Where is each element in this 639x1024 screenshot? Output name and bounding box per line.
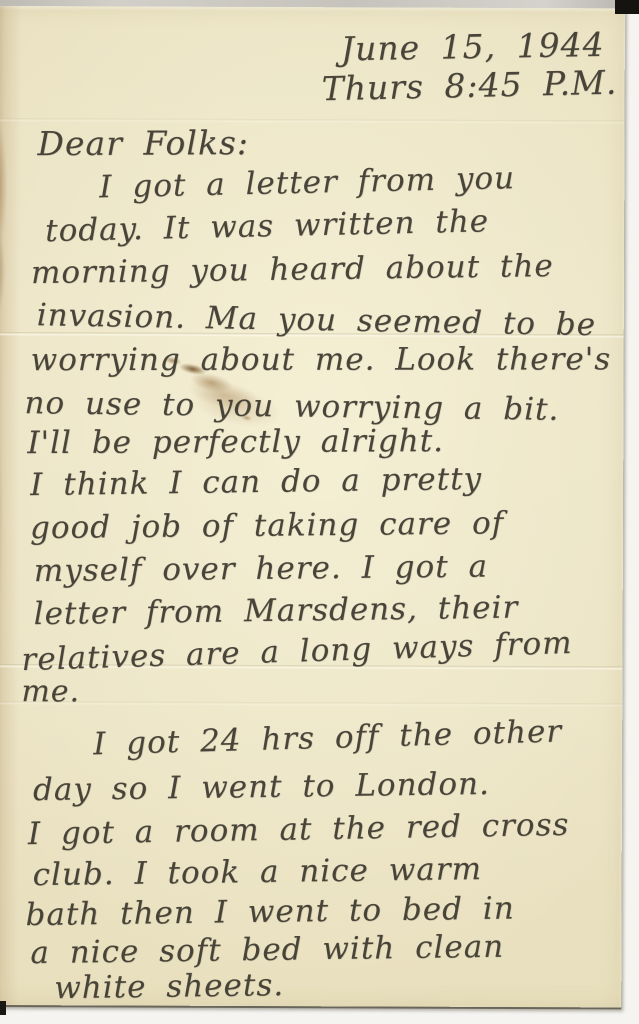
letter-line: club. I took a nice warm [32, 851, 482, 893]
scan-corner-artifact-top-right [615, 0, 639, 14]
fold-crease [0, 701, 622, 707]
letter-line: invasion. Ma you seemed to be [36, 297, 596, 343]
scan-corner-artifact-bottom-left [0, 1001, 6, 1015]
paper-edge-browning [0, 6, 22, 1005]
letter-line: me. [21, 674, 80, 709]
letter-paper: June 15, 1944Thurs 8:45 P.M.Dear Folks:I… [0, 6, 625, 1007]
letter-line: I got 24 hrs off the other [93, 713, 563, 762]
letter-line: I think I can do a pretty [30, 461, 482, 503]
scanned-letter-page: June 15, 1944Thurs 8:45 P.M.Dear Folks:I… [0, 0, 639, 1024]
letter-line: I got a room at the red cross [28, 807, 570, 852]
letter-line: morning you heard about the [31, 248, 554, 291]
letter-line: a nice soft bed with clean [30, 929, 504, 971]
salutation: Dear Folks: [37, 123, 249, 163]
letter-line: relatives are a long ways from [21, 625, 573, 678]
letter-line: today. It was written the [45, 203, 490, 249]
dateline-time: Thurs 8:45 P.M. [321, 63, 617, 109]
dateline-date: June 15, 1944 [341, 25, 605, 69]
letter-line: white sheets. [54, 967, 284, 1006]
letter-line: I got a letter from you [99, 160, 515, 205]
letter-line: good job of taking care of [30, 505, 504, 546]
letter-line: worrying about me. Look there's [31, 341, 612, 378]
letter-line: myself over here. I got a [34, 549, 489, 590]
letter-line: letter from Marsdens, their [33, 590, 518, 633]
letter-line: day so I went to London. [33, 766, 490, 808]
letter-line: bath then I went to bed in [25, 890, 515, 933]
letter-line: no use to you worrying a bit. [24, 385, 559, 428]
letter-line: I'll be perfectly alright. [27, 423, 444, 461]
